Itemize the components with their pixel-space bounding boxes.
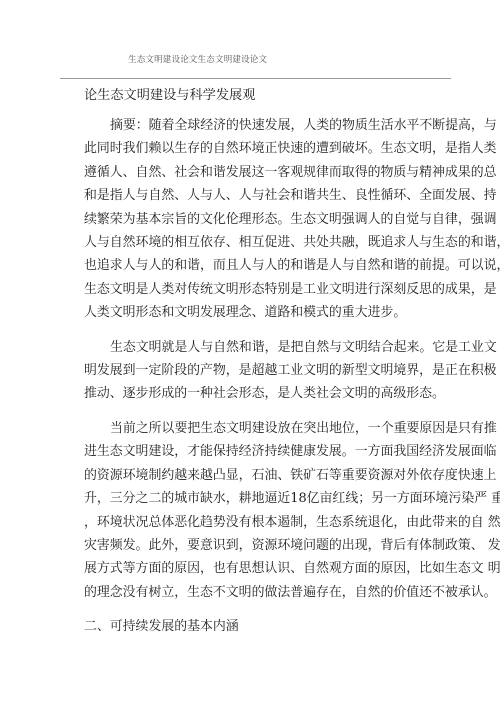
document-title: 论生态文明建设与科学发展观 [84,84,424,108]
text-line: 当前之所以要把生态文明建设放在突出地位，一个重要原因是只有推 [84,417,424,440]
text-line: 和是指人与自然、人与人、人与社会和谐共生、良性循环、全面发展、持 [84,184,424,207]
text-line: 此同时我们赖以生存的自然环境正快速的遭到破坏。生态文明，是指人类 [84,137,424,160]
text-line: 摘要：随着全球经济的快速发展，人类的物质生活水平不断提高，与 [84,114,424,137]
text-line: 也追求人与人的和谐，而且人与人的和谐是人与自然和谐的前提。可以说， [84,254,424,277]
header-divider [60,78,451,79]
document-page: 生态文明建设论文生态文明建设论文 论生态文明建设与科学发展观 摘要：随着全球经济… [0,0,500,707]
text-line: 灾害频发。此外，要意识到，资源环境问题的出现，背后有体制政策、 发 [84,534,424,557]
text-line: 明发展到一定阶段的产物，是超越工业文明的新型文明境界，是正在积极 [84,359,424,382]
text-line: 进生态文明建设，才能保持经济持续健康发展。一方面我国经济发展面临 [84,440,424,463]
text-line: 升，三分之二的城市缺水，耕地逼近18亿亩红线；另一方面环境污染严 重 [84,487,424,510]
text-line: 续繁荣为基本宗旨的文化伦理形态。生态文明强调人的自觉与自律，强调 [84,208,424,231]
paragraph-abstract: 摘要：随着全球经济的快速发展，人类的物质生活水平不断提高，与 此同时我们赖以生存… [84,114,424,325]
text-line: ，环境状况总体恶化趋势没有根本遏制，生态系统退化，由此带来的自 然 [84,511,424,534]
text-line: 生态文明是人类对传统文明形态特别是工业文明进行深刻反思的成果，是 [84,278,424,301]
text-line: 推动、逐步形成的一种社会形态，是人类社会文明的高级形态。 [84,382,424,405]
text-line: 展方式等方面的原因，也有思想认识、自然观方面的原因，比如生态文 明 [84,557,424,580]
document-body: 论生态文明建设与科学发展观 摘要：随着全球经济的快速发展，人类的物质生活水平不断… [84,84,424,639]
section-heading: 二、可持续发展的基本内涵 [84,615,424,639]
text-line: 的理念没有树立，生态不文明的做法普遍存在，自然的价值还不被承认。 [84,581,424,604]
text-line: 遵循人、自然、社会和谐发展这一客观规律而取得的物质与精神成果的总 [84,161,424,184]
text-line: 人类文明形态和文明发展理念、道路和模式的重大进步。 [84,301,424,324]
running-header: 生态文明建设论文生态文明建设论文 [128,53,267,65]
text-line: 生态文明就是人与自然和谐，是把自然与文明结合起来。它是工业文 [84,336,424,359]
text-line: 的资源环境制约越来越凸显，石油、铁矿石等重要资源对外依存度快速上 [84,464,424,487]
paragraph-importance: 当前之所以要把生态文明建设放在突出地位，一个重要原因是只有推 进生态文明建设，才… [84,417,424,604]
text-line: 人与自然环境的相互依存、相互促进、共处共融，既追求人与生态的和谐， [84,231,424,254]
paragraph-definition: 生态文明就是人与自然和谐，是把自然与文明结合起来。它是工业文 明发展到一定阶段的… [84,336,424,406]
